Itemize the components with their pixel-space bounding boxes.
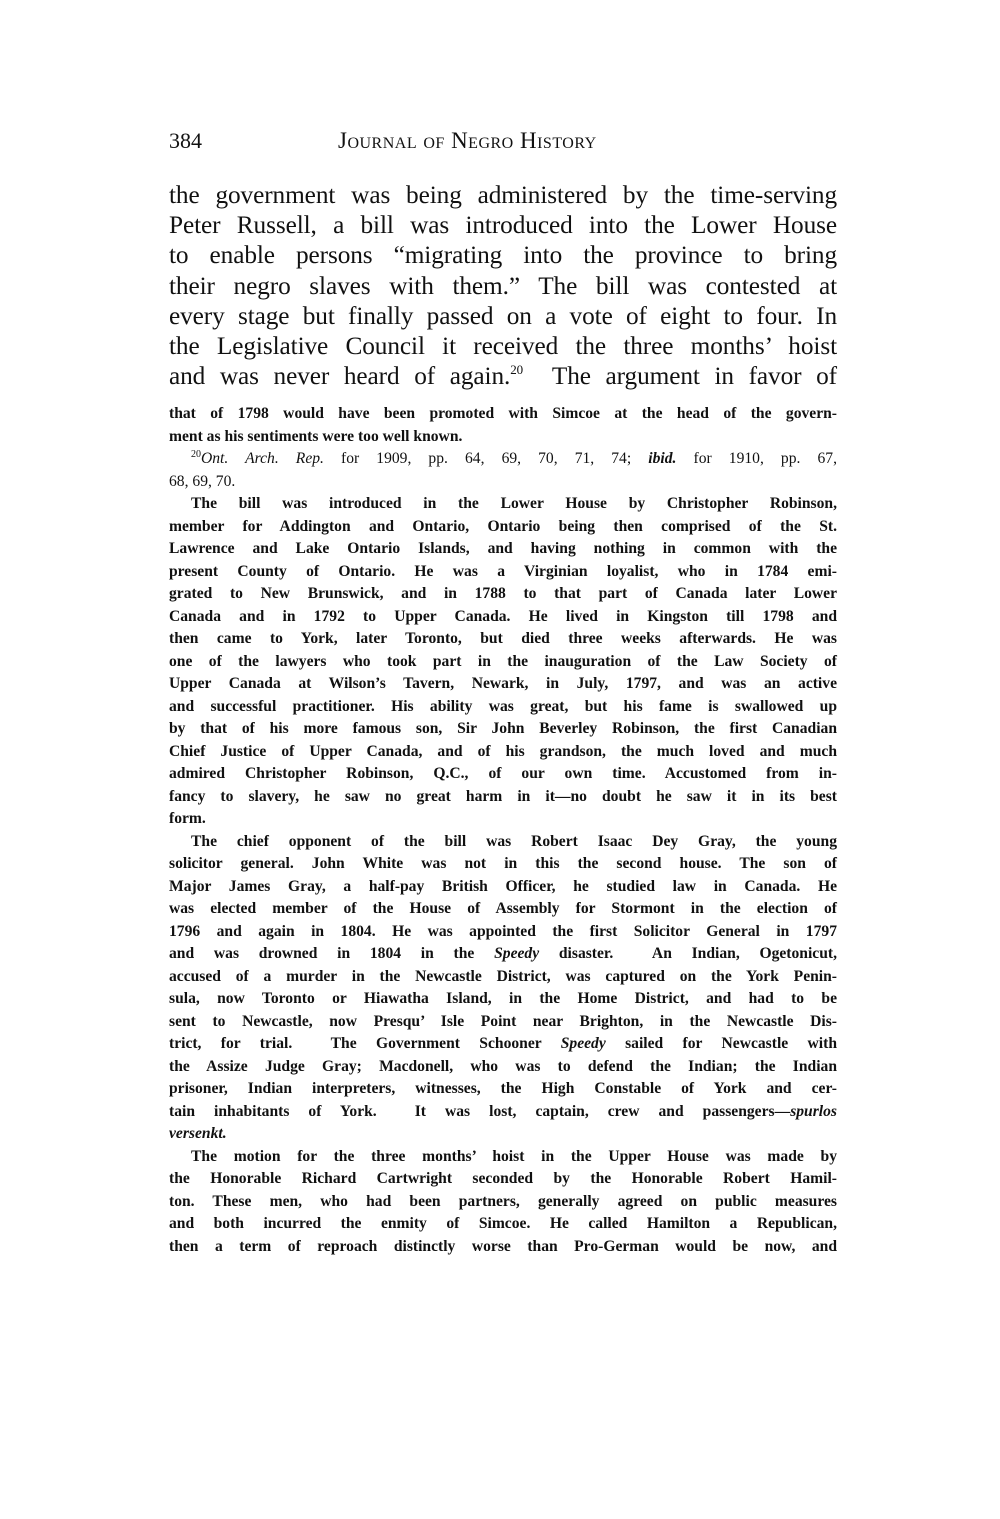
footnote-line: Lawrence and Lake Ontario Islands, and h… <box>169 538 837 561</box>
footnote-text: trict, for trial. The Government Schoone… <box>169 1035 561 1052</box>
footnote-line: The bill was introduced in the Lower Hou… <box>169 493 837 516</box>
footnote-line: ment as his sentiments were too well kno… <box>169 426 837 449</box>
body-text-fragment: and was never heard of again. <box>169 362 510 390</box>
body-line: to enable persons “migrating into the pr… <box>169 240 837 270</box>
footnote-line: then a term of reproach distinctly worse… <box>169 1236 837 1259</box>
footnote-line: The chief opponent of the bill was Rober… <box>169 831 837 854</box>
footnote-line: and both incurred the enmity of Simcoe. … <box>169 1213 837 1236</box>
footnote-number: 20 <box>191 449 201 460</box>
footnote-line: 1796 and again in 1804. He was appointed… <box>169 921 837 944</box>
footnote-line: Upper Canada at Wilson’s Tavern, Newark,… <box>169 673 837 696</box>
ship-name: Speedy <box>494 945 539 962</box>
footnotes-section: that of 1798 would have been promoted wi… <box>169 403 837 1258</box>
body-line: the government was being administered by… <box>169 180 837 210</box>
footnote-line: trict, for trial. The Government Schoone… <box>169 1033 837 1056</box>
footnote-line: 20Ont. Arch. Rep. for 1909, pp. 64, 69, … <box>169 448 837 471</box>
footnote-line: versenkt. <box>169 1123 837 1146</box>
footnote-paragraph-gray: The chief opponent of the bill was Rober… <box>169 831 837 1146</box>
ibid-text: ibid. <box>648 450 676 467</box>
footnote-line: accused of a murder in the Newcastle Dis… <box>169 966 837 989</box>
footnote-line: Chief Justice of Upper Canada, and of hi… <box>169 741 837 764</box>
footnote-text: sailed for Newcastle with <box>606 1035 837 1052</box>
footnote-line: 68, 69, 70. <box>169 471 837 494</box>
footnote-text: disaster. An Indian, Ogetonicut, <box>539 945 837 962</box>
footnote-line: and successful practitioner. His ability… <box>169 696 837 719</box>
body-line: Peter Russell, a bill was introduced int… <box>169 210 837 240</box>
footnote-line: sent to Newcastle, now Presqu’ Isle Poin… <box>169 1011 837 1034</box>
body-line: every stage but finally passed on a vote… <box>169 301 837 331</box>
footnote-text: tain inhabitants of York. It was lost, c… <box>169 1103 790 1120</box>
footnote-line: that of 1798 would have been promoted wi… <box>169 403 837 426</box>
source-title: Ont. Arch. Rep. <box>201 450 324 467</box>
footnote-text: for 1910, pp. 67, <box>676 450 837 467</box>
footnote-line: present County of Ontario. He was a Virg… <box>169 561 837 584</box>
ship-name: Speedy <box>561 1035 606 1052</box>
main-body-text: the government was being administered by… <box>169 180 837 391</box>
body-line: their negro slaves with them.” The bill … <box>169 271 837 301</box>
footnote-20: 20Ont. Arch. Rep. for 1909, pp. 64, 69, … <box>169 448 837 493</box>
footnote-line: was elected member of the House of Assem… <box>169 898 837 921</box>
footnote-text: and was drowned in 1804 in the <box>169 945 494 962</box>
body-text-fragment: The argument in favor of <box>523 362 837 390</box>
footnote-line: by that of his more famous son, Sir John… <box>169 718 837 741</box>
footnote-line: sula, now Toronto or Hiawatha Island, in… <box>169 988 837 1011</box>
footnote-text: for 1909, pp. 64, 69, 70, 71, 74; <box>324 450 648 467</box>
footnote-line: tain inhabitants of York. It was lost, c… <box>169 1101 837 1124</box>
footnote-line: one of the lawyers who took part in the … <box>169 651 837 674</box>
body-line: the Legislative Council it received the … <box>169 331 837 361</box>
footnote-paragraph-robinson: The bill was introduced in the Lower Hou… <box>169 493 837 831</box>
footnote-19-continued: that of 1798 would have been promoted wi… <box>169 403 837 448</box>
footnote-line: then came to York, later Toronto, but di… <box>169 628 837 651</box>
footnote-line: Canada and in 1792 to Upper Canada. He l… <box>169 606 837 629</box>
footnote-paragraph-motion: The motion for the three months’ hoist i… <box>169 1146 837 1259</box>
foreign-phrase: spurlos <box>790 1103 837 1120</box>
footnote-line: ton. These men, who had been partners, g… <box>169 1191 837 1214</box>
running-header: 384 Journal of Negro History <box>169 128 837 158</box>
footnote-line: admired Christopher Robinson, Q.C., of o… <box>169 763 837 786</box>
foreign-phrase: versenkt. <box>169 1125 227 1142</box>
footnote-line: and was drowned in 1804 in the Speedy di… <box>169 943 837 966</box>
footnote-line: Major James Gray, a half-pay British Off… <box>169 876 837 899</box>
footnote-reference-20: 20 <box>510 362 523 377</box>
footnote-line: form. <box>169 808 837 831</box>
footnote-line: prisoner, Indian interpreters, witnesses… <box>169 1078 837 1101</box>
footnote-line: the Honorable Richard Cartwright seconde… <box>169 1168 837 1191</box>
footnote-line: solicitor general. John White was not in… <box>169 853 837 876</box>
footnote-line: member for Addington and Ontario, Ontari… <box>169 516 837 539</box>
page-number: 384 <box>169 128 202 154</box>
footnote-line: the Assize Judge Gray; Macdonell, who wa… <box>169 1056 837 1079</box>
journal-title: Journal of Negro History <box>338 128 597 154</box>
footnote-line: fancy to slavery, he saw no great harm i… <box>169 786 837 809</box>
footnote-line: grated to New Brunswick, and in 1788 to … <box>169 583 837 606</box>
body-line-last: and was never heard of again.20 The argu… <box>169 361 837 391</box>
footnote-line: The motion for the three months’ hoist i… <box>169 1146 837 1169</box>
document-page: 384 Journal of Negro History the governm… <box>169 128 837 1258</box>
